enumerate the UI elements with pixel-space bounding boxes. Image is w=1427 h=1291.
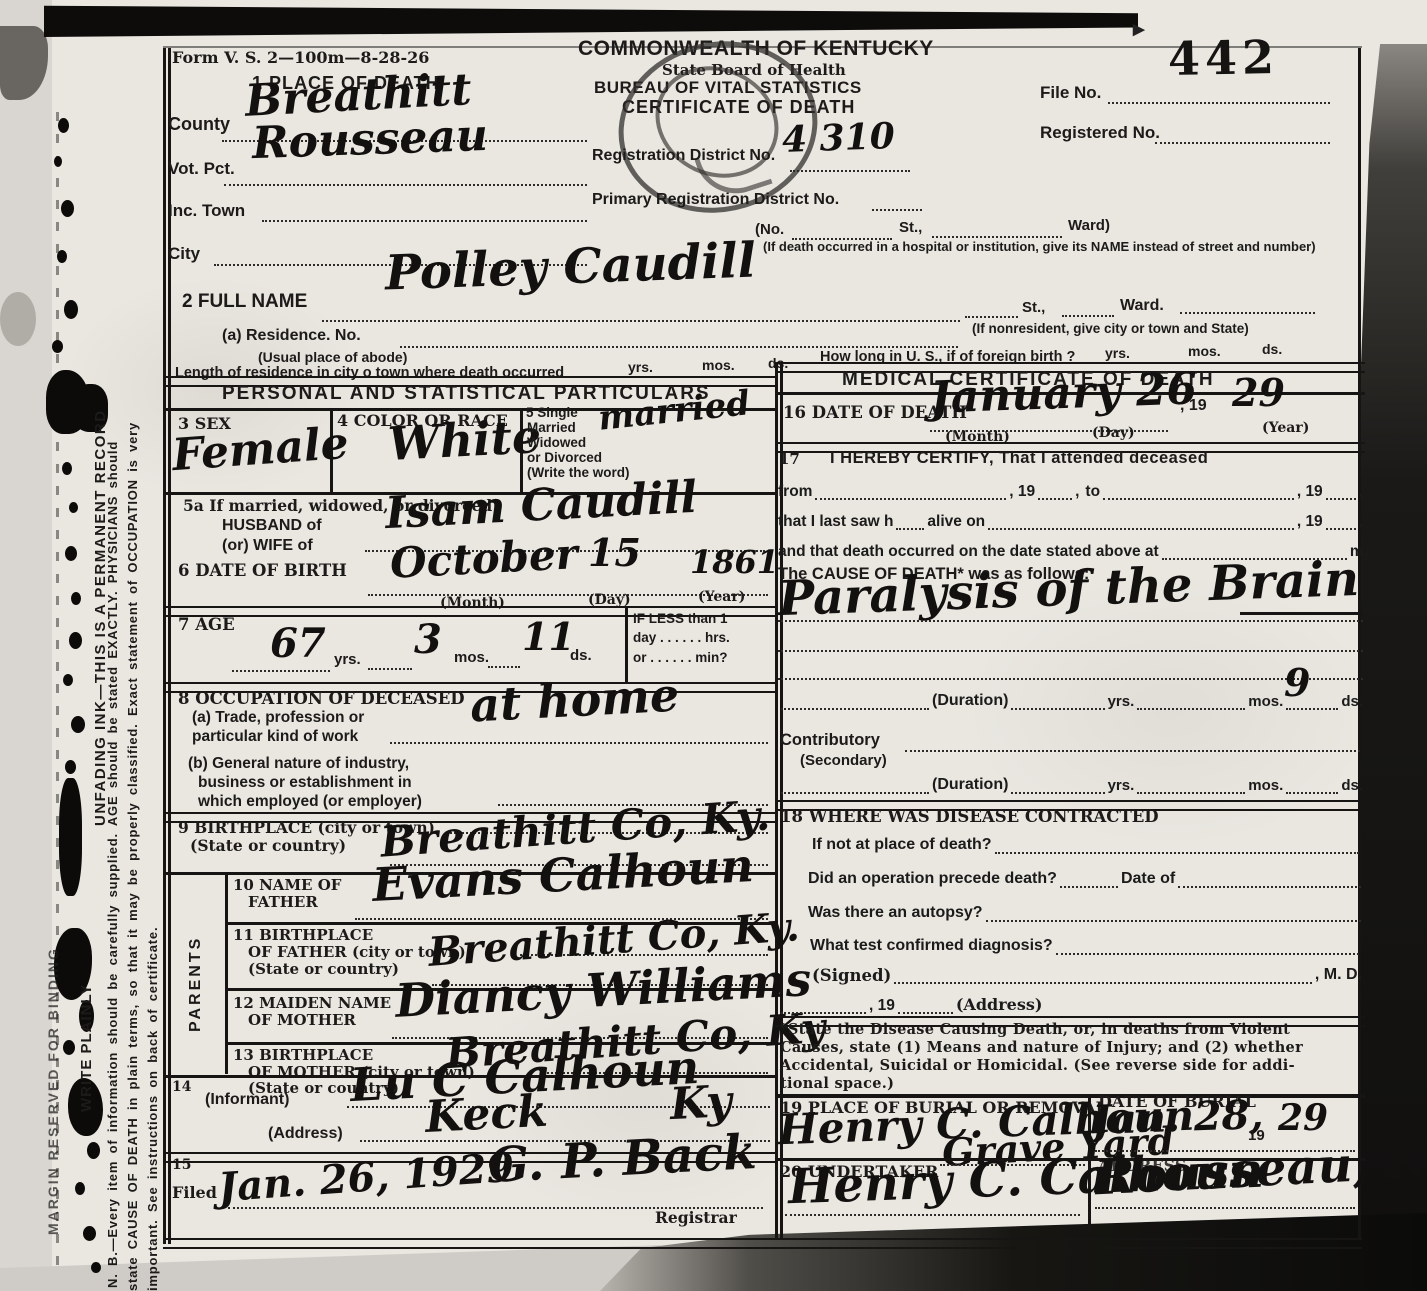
street-no-paren: (No. (755, 222, 784, 238)
ifnot-label: If not at place of death? (812, 837, 992, 854)
form-border-left (163, 48, 166, 1244)
tear-blob (83, 1226, 96, 1241)
registered-no-line (1155, 140, 1330, 144)
resid-ward-label: Ward. (1120, 298, 1164, 315)
age-yrs-value: 67 (270, 626, 326, 662)
form-border-bottom (163, 1238, 1362, 1249)
dob-day-value: 15 (588, 536, 641, 570)
autopsy-row: Was there an autopsy? (808, 900, 1364, 922)
tear-blob (64, 300, 78, 319)
age-line-1 (232, 668, 330, 672)
death-certificate-scan: ▶ MARGIN RESERVED FOR BINDING WRITE PLAI… (0, 0, 1427, 1291)
arrow-mark-icon: ▶ (1133, 22, 1145, 38)
duration-mos-2: mos. (1248, 778, 1283, 794)
from-label: from (778, 484, 812, 500)
ward-paren: Ward) (1068, 218, 1110, 234)
form-number: Form V. S. 2—100m—8-28-26 (172, 50, 429, 67)
cause-line-1-solid (1240, 612, 1363, 615)
address-19: , 19 (869, 998, 895, 1014)
margin-nb-note-2: state CAUSE OF DEATH in plain terms, so … (126, 422, 140, 1291)
ifless-line-1: IF LESS than 1 (633, 612, 728, 626)
stamp-number: 442 (1168, 33, 1280, 83)
footnote-line-2: Causes, state (1) Means and nature of In… (780, 1040, 1303, 1055)
city-label: City (168, 245, 200, 263)
tear-blob (57, 250, 67, 263)
occupation-a-line2: particular kind of work (192, 729, 358, 745)
contributory-label: Contributory (780, 732, 880, 749)
occupation-label: 8 OCCUPATION OF DECEASED (178, 690, 465, 707)
filed-number: 15 (172, 1158, 191, 1173)
primary-reg-line (872, 207, 922, 211)
county-label: County (168, 115, 230, 134)
operation-row: Did an operation precede death? Date of (808, 866, 1364, 888)
registrar-label: Registrar (655, 1210, 737, 1226)
occurred-label: and that death occurred on the date stat… (778, 544, 1159, 560)
resid-st-line-b (1062, 313, 1114, 317)
left-smudge (0, 292, 36, 346)
age-ds-value: 11 (522, 620, 575, 654)
dod-day-paren: (Day) (1092, 426, 1135, 441)
form-border-right (1358, 48, 1361, 1240)
occupation-a-line (390, 740, 768, 744)
lastsaw-label-a: that I last saw h (778, 514, 893, 530)
howlong-yrs: yrs. (1105, 346, 1130, 361)
attended-from-row: from , 19 , to , 19 , (778, 478, 1363, 500)
to-19: , 19 (1297, 484, 1323, 500)
margin-nb-note-1: N. B.—Every item of information should b… (106, 441, 120, 1288)
occupation-b-line1: (b) General nature of industry, (188, 756, 409, 772)
mother-name-label-1: 12 MAIDEN NAME (233, 996, 391, 1012)
dob-month-value: October (389, 535, 579, 583)
age-label: 7 AGE (178, 616, 235, 633)
tear-blob (63, 1040, 75, 1055)
right-scan-band (1360, 44, 1427, 1291)
dod-year-paren: (Year) (1262, 421, 1309, 436)
test-label: What test confirmed diagnosis? (810, 938, 1053, 955)
footnote-line-4: tional space.) (780, 1076, 894, 1091)
inc-town-label: Inc. Town (168, 202, 245, 220)
tear-blob (61, 200, 74, 217)
duration-ds-value: 9 (1284, 666, 1310, 700)
tear-blob (69, 502, 78, 513)
birthplace-sub-label: (State or country) (190, 838, 346, 854)
signed-label: (Signed) (812, 967, 891, 984)
length-yrs: yrs. (628, 360, 653, 375)
form-border-left-2 (168, 48, 171, 1244)
lastsaw-label-b: alive on (927, 514, 985, 530)
street-label: St., (899, 220, 922, 236)
reg-district-label: Registration District No. (592, 148, 775, 165)
informant-number: 14 (172, 1080, 191, 1095)
duration-mos-1: mos. (1248, 694, 1283, 710)
ifless-line-2: day . . . . . . hrs. (633, 631, 730, 645)
parents-label: PARENTS (188, 936, 205, 1032)
cause-line-3 (778, 676, 1363, 680)
age-ds-label: ds. (570, 648, 592, 664)
cause-line-2 (778, 648, 1363, 652)
howlong-mos: mos. (1188, 344, 1221, 359)
tear-blob (63, 674, 73, 686)
hospital-note: (If death occurred in a hospital or inst… (763, 240, 1316, 254)
father-bp-label-1: 11 BIRTHPLACE (233, 928, 373, 944)
father-bp-label-3: (State or country) (248, 962, 399, 978)
howlong-ds: ds. (1262, 342, 1282, 357)
residence-label: (a) Residence. No. (222, 328, 361, 345)
vot-pct-line (224, 182, 587, 186)
undertaker-line (785, 1212, 1080, 1216)
father-name-value: Evans Calhoun (371, 845, 755, 906)
comma-2: , (1359, 484, 1363, 500)
margin-write-plainly: WRITE PLAINLY (79, 984, 95, 1112)
occupation-value: at home (469, 675, 680, 727)
dateof-label: Date of (1121, 871, 1175, 888)
tear-blob (87, 1142, 100, 1159)
tear-blob (62, 462, 72, 475)
if-not-place-row: If not at place of death? (812, 832, 1362, 854)
color-race-value: White (387, 416, 542, 465)
duration-ds-1: ds. (1341, 694, 1363, 710)
tear-blob (71, 716, 85, 733)
to-label: to (1085, 484, 1100, 500)
registrar-signature: G. P. Back (487, 1131, 757, 1188)
duration-yrs-1: yrs. (1108, 694, 1135, 710)
residence-line (400, 344, 958, 348)
marital-option-1: 5 Single (526, 406, 578, 420)
lastsaw-19: , 19 (1297, 514, 1323, 530)
certify-statement: I HEREBY CERTIFY, That I attended deceas… (830, 450, 1208, 467)
from-19: , 19 (1009, 484, 1035, 500)
abode-note: (Usual place of abode) (258, 350, 407, 365)
burial-date-year: 29 (1278, 1102, 1328, 1134)
address-paren-label: (Address) (956, 997, 1043, 1014)
vot-pct-label: Vot. Pct. (168, 160, 235, 178)
husband-of-label: HUSBAND of (222, 518, 322, 535)
signed-row: (Signed) , M. D. (812, 962, 1362, 984)
age-mos-value: 3 (414, 622, 442, 658)
occupation-b-line2: business or establishment in (198, 775, 412, 791)
where-contracted-label: 18 WHERE WAS DISEASE CONTRACTED (780, 808, 1159, 825)
dob-label: 6 DATE OF BIRTH (178, 562, 347, 579)
primary-reg-label: Primary Registration District No. (592, 192, 839, 209)
duration-row-2: (Duration) yrs. mos. ds. (778, 772, 1363, 794)
tear-blob (52, 340, 63, 353)
tear-blob (91, 1262, 101, 1273)
registered-no-label: Registered No. (1040, 124, 1160, 142)
resid-ward-line (1180, 310, 1315, 314)
vot-pct-value: Rousseau (251, 116, 488, 164)
full-name-value: Polley Caudill (384, 240, 756, 296)
reg-district-line (790, 168, 910, 172)
duration-label-2: (Duration) (932, 777, 1008, 794)
sex-value: Female (171, 424, 350, 476)
date-of-death-value: January 26 (929, 369, 1197, 418)
operation-label: Did an operation precede death? (808, 871, 1057, 888)
filed-label: Filed (172, 1185, 217, 1202)
inc-town-line (262, 218, 587, 222)
marital-option-4: or Divorced (527, 451, 602, 465)
comma-3: , (1359, 514, 1363, 530)
age-line-3 (488, 664, 520, 668)
age-line-2 (368, 666, 412, 670)
cause-line-1 (778, 618, 1363, 622)
age-yrs-label: yrs. (334, 652, 361, 668)
duration-ds-2: ds. (1341, 778, 1363, 794)
length-mos: mos. (702, 358, 735, 373)
full-name-line (322, 318, 960, 322)
file-no-line (1108, 100, 1330, 104)
contributory-line (905, 748, 1360, 752)
tear-blob (65, 546, 77, 561)
duration-row-1: (Duration) yrs. mos. ds. (778, 688, 1363, 710)
certify-number: 17 (779, 452, 800, 468)
tear-streak (59, 778, 82, 896)
undertaker-address-line (1095, 1205, 1355, 1209)
dod-19-label: , 19 (1180, 398, 1207, 415)
dob-year-paren: (Year) (698, 590, 745, 605)
top-scan-band (44, 3, 1138, 37)
wife-of-label: (or) WIFE of (222, 538, 313, 555)
test-row: What test confirmed diagnosis? (810, 933, 1362, 955)
undertaker-address-value: Rousseau, Ky (1094, 1139, 1427, 1201)
duration-yrs-2: yrs. (1108, 778, 1135, 794)
tear-blob (71, 592, 81, 605)
last-saw-row: that I last saw h alive on , 19 , (778, 508, 1363, 530)
spouse-value: Isam Caudill (384, 478, 698, 534)
resid-st-line-a (965, 314, 1018, 318)
autopsy-label: Was there an autopsy? (808, 905, 983, 922)
occupation-a-line1: (a) Trade, profession or (192, 710, 364, 726)
resid-st-label: St., (1022, 300, 1045, 316)
father-name-label-1: 10 NAME OF (233, 878, 341, 894)
ifless-line-3: or . . . . . . min? (633, 651, 728, 665)
signed-address-row: , 19 (Address) (778, 992, 1098, 1014)
margin-nb-note-3: important. See instructions on back of c… (146, 927, 160, 1291)
occupation-b-line3: which employed (or employer) (198, 794, 422, 810)
dod-year-value: 29 (1232, 376, 1285, 410)
tear-blob (69, 632, 82, 649)
marital-option-3: Widowed (527, 436, 586, 450)
father-name-label-2: FATHER (248, 895, 318, 911)
full-name-label: 2 FULL NAME (182, 292, 307, 312)
comma-1: , (1075, 484, 1079, 500)
file-no-label: File No. (1040, 84, 1101, 102)
marital-option-2: Married (527, 421, 576, 435)
tear-blob (54, 156, 62, 167)
duration-label-1: (Duration) (932, 693, 1008, 710)
margin-binding-note: MARGIN RESERVED FOR BINDING (46, 947, 61, 1235)
footnote-line-3: Accidental, Suicidal or Homicidal. (See … (780, 1058, 1295, 1073)
informant-address-label: (Address) (268, 1126, 343, 1143)
reg-district-value: 4 310 (781, 120, 895, 156)
tear-blob (75, 1182, 85, 1195)
age-mos-label: mos. (454, 650, 489, 666)
secondary-label: (Secondary) (800, 753, 887, 769)
tear-blob (58, 118, 69, 133)
mother-name-label-2: OF MOTHER (248, 1013, 356, 1029)
nonresident-note: (If nonresident, give city or town and S… (972, 322, 1249, 336)
footnote-line-1: *State the Disease Causing Death, or, in… (780, 1022, 1290, 1037)
tear-blob (65, 760, 76, 774)
md-label: , M. D. (1315, 967, 1362, 984)
informant-label: (Informant) (205, 1092, 289, 1109)
burial-date-value: Jan. 28, (1091, 1097, 1264, 1139)
street-line (932, 234, 1062, 238)
dob-year-value: 1861 (690, 548, 779, 577)
